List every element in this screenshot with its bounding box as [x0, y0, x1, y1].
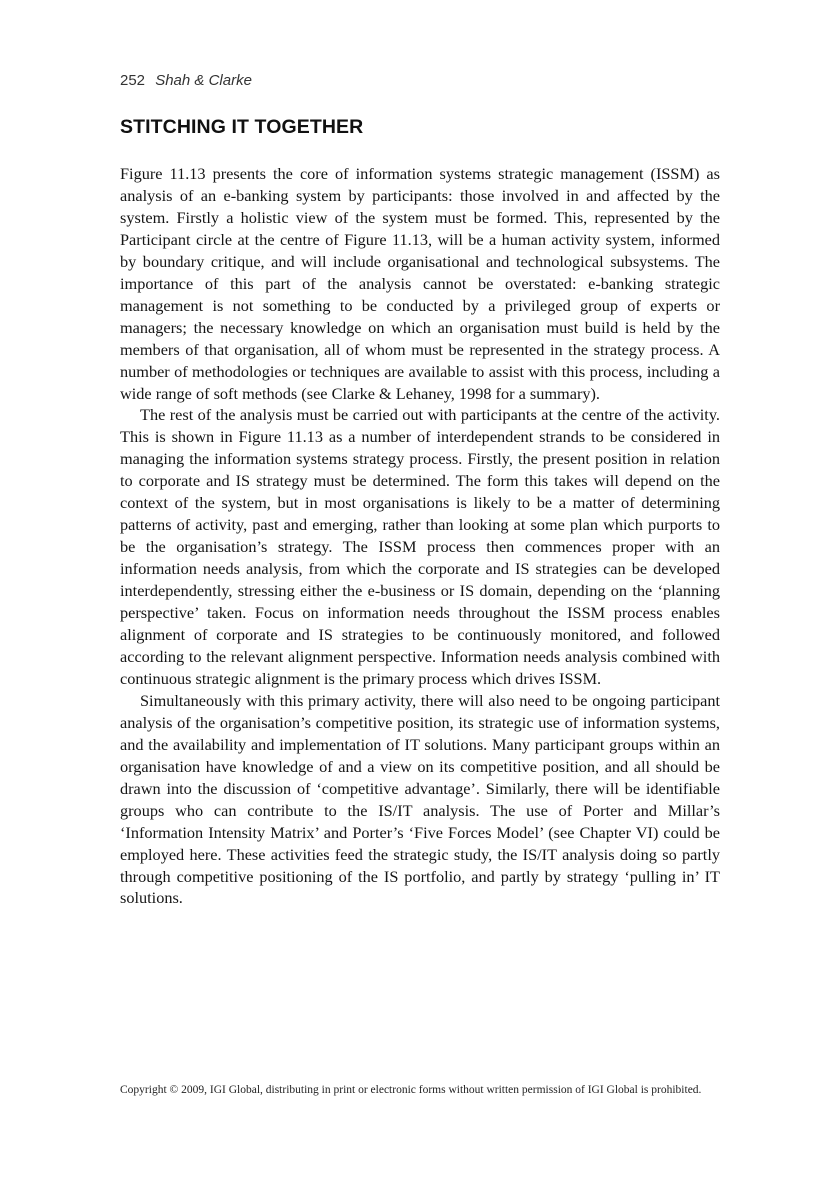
- running-header-authors: Shah & Clarke: [155, 72, 252, 89]
- paragraph-1: Figure 11.13 presents the core of inform…: [120, 163, 720, 404]
- paragraph-2: The rest of the analysis must be carried…: [120, 404, 720, 689]
- page-number: 252: [120, 72, 145, 89]
- paragraph-3: Simultaneously with this primary activit…: [120, 690, 720, 910]
- document-page: 252 Shah & Clarke STITCHING IT TOGETHER …: [0, 0, 840, 1200]
- body-text: Figure 11.13 presents the core of inform…: [120, 163, 720, 909]
- running-header: 252 Shah & Clarke: [120, 72, 252, 89]
- copyright-footer: Copyright © 2009, IGI Global, distributi…: [120, 1083, 722, 1098]
- section-title: STITCHING IT TOGETHER: [120, 116, 363, 139]
